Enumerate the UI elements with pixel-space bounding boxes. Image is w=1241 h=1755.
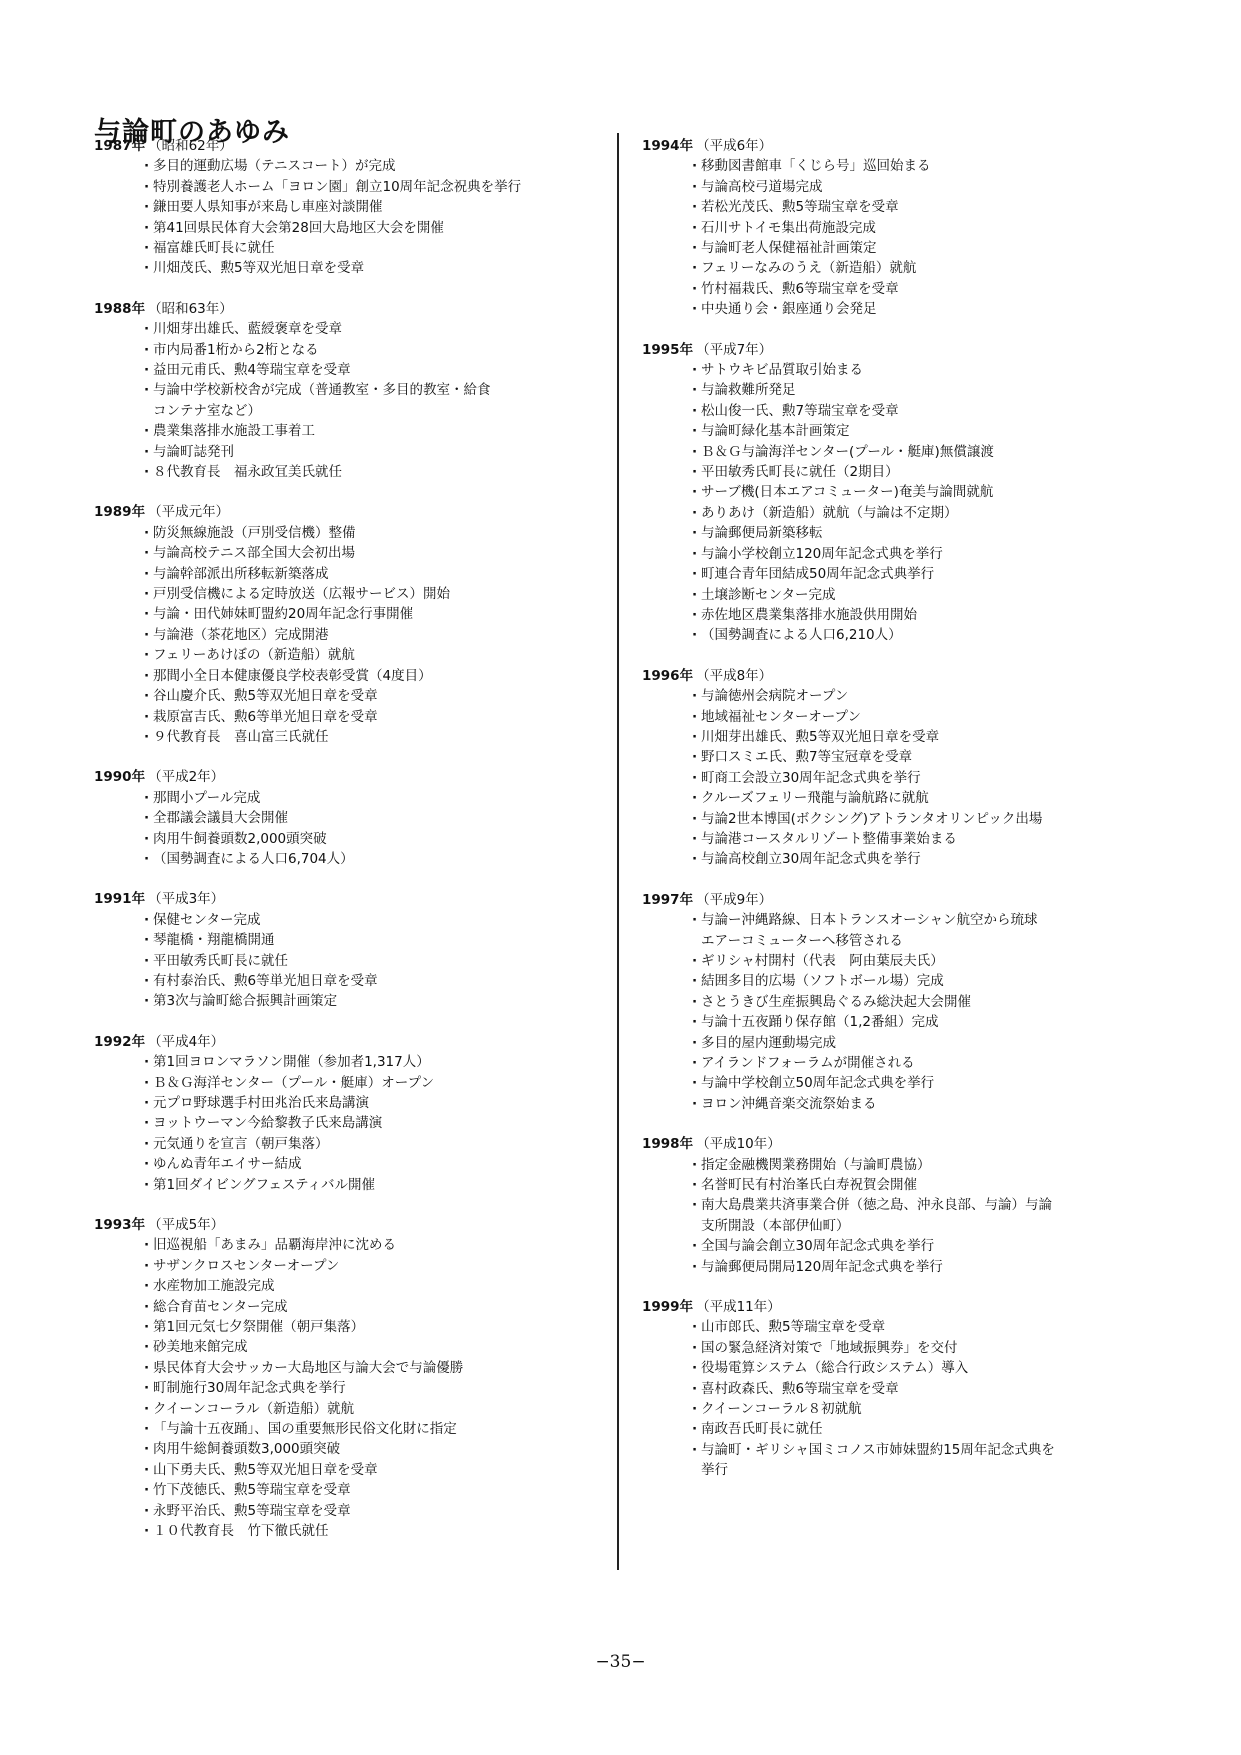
event-item: 南大島農業共済事業合併（徳之島、沖永良部、与論）与論 支所開設（本部伊仙町） [692,1195,1162,1236]
event-item: 与論港コースタルリゾート整備事業始まる [692,829,1162,849]
event-item: 野口スミエ氏、勲7等宝冠章を受章 [692,747,1162,767]
era-label: （平成9年） [696,892,772,908]
year-label: 1999年 [642,1299,693,1315]
event-item: 川畑芽出雄氏、藍綬褒章を受章 [144,319,614,339]
year-heading: 1998年（平成10年） [642,1134,1162,1154]
event-list: 山市郎氏、勲5等瑞宝章を受章国の緊急経済対策で「地域振興券」を交付役場電算システ… [642,1317,1162,1480]
year-block: 1992年（平成4年） 第1回ヨロンマラソン開催（参加者1,317人）Ｂ＆Ｇ海洋… [94,1032,614,1195]
event-item: 琴龍橋・翔龍橋開通 [144,930,614,950]
event-item: 市内局番1桁から2桁となる [144,340,614,360]
event-item: 農業集落排水施設工事着工 [144,421,614,441]
event-item: 国の緊急経済対策で「地域振興券」を交付 [692,1338,1162,1358]
year-block: 1997年（平成9年） 与論ー沖縄路線、日本トランスオーシャン航空から琉球 エア… [642,890,1162,1114]
era-label: （平成11年） [696,1299,781,1315]
event-list: サトウキビ品質取引始まる与論救難所発足松山俊一氏、勲7等瑞宝章を受章与論町緑化基… [642,360,1162,646]
year-heading: 1995年（平成7年） [642,340,1162,360]
era-label: （平成8年） [696,668,772,684]
year-block: 1994年（平成6年） 移動図書館車「くじら号」巡回始まる与論高校弓道場完成若松… [642,136,1162,320]
era-label: （平成6年） [696,138,772,154]
year-label: 1989年 [94,504,145,520]
event-item: 防災無線施設（戸別受信機）整備 [144,523,614,543]
event-item: 益田元甫氏、勲4等瑞宝章を受章 [144,360,614,380]
event-item: 保健センター完成 [144,910,614,930]
year-heading: 1990年（平成2年） [94,767,614,787]
year-heading: 1996年（平成8年） [642,666,1162,686]
year-label: 1998年 [642,1136,693,1152]
event-item: 移動図書館車「くじら号」巡回始まる [692,156,1162,176]
event-item: サトウキビ品質取引始まる [692,360,1162,380]
event-item: 栽原富吉氏、勲6等単光旭日章を受章 [144,707,614,727]
event-item: 与論徳州会病院オープン [692,686,1162,706]
event-item: 肉用牛飼養頭数2,000頭突破 [144,829,614,849]
event-item: 第1回ダイビングフェスティバル開催 [144,1175,614,1195]
column-divider [617,133,619,1570]
year-label: 1988年 [94,301,145,317]
event-item: Ｂ＆Ｇ海洋センター（プール・艇庫）オープン [144,1073,614,1093]
era-label: （平成4年） [148,1034,224,1050]
event-item: 平田敏秀氏町長に就任 [144,951,614,971]
event-item: 町商工会設立30周年記念式典を挙行 [692,768,1162,788]
event-item: 与論救難所発足 [692,380,1162,400]
event-item: 与論ー沖縄路線、日本トランスオーシャン航空から琉球 エアーコミューターへ移管され… [692,910,1162,951]
event-item: ありあけ（新造船）就航（与論は不定期） [692,503,1162,523]
event-item: 元プロ野球選手村田兆治氏来島講演 [144,1093,614,1113]
event-item: 山下勇夫氏、勲5等双光旭日章を受章 [144,1460,614,1480]
event-list: 川畑芽出雄氏、藍綬褒章を受章市内局番1桁から2桁となる益田元甫氏、勲4等瑞宝章を… [94,319,614,482]
event-item: 多目的屋内運動場完成 [692,1033,1162,1053]
event-item: 全郡議会議員大会開催 [144,808,614,828]
year-block: 1987年（昭和62年） 多目的運動広場（テニスコート）が完成特別養護老人ホーム… [94,136,614,279]
event-item: ヨットウーマン今給黎教子氏来島講演 [144,1113,614,1133]
event-item: 与論町誌発刊 [144,442,614,462]
event-item: 全国与論会創立30周年記念式典を挙行 [692,1236,1162,1256]
event-item: 旧巡視船「あまみ」品覇海岸沖に沈める [144,1235,614,1255]
year-heading: 1988年（昭和63年） [94,299,614,319]
event-item: ８代教育長 福永政冝美氏就任 [144,462,614,482]
event-item: 第1回ヨロンマラソン開催（参加者1,317人） [144,1052,614,1072]
event-item: 松山俊一氏、勲7等瑞宝章を受章 [692,401,1162,421]
event-list: 防災無線施設（戸別受信機）整備与論高校テニス部全国大会初出場与論幹部派出所移転新… [94,523,614,747]
year-heading: 1989年（平成元年） [94,502,614,522]
event-item: 総合育苗センター完成 [144,1297,614,1317]
year-block: 1991年（平成3年） 保健センター完成琴龍橋・翔龍橋開通平田敏秀氏町長に就任有… [94,889,614,1011]
event-list: 第1回ヨロンマラソン開催（参加者1,317人）Ｂ＆Ｇ海洋センター（プール・艇庫）… [94,1052,614,1195]
year-label: 1993年 [94,1217,145,1233]
event-list: 多目的運動広場（テニスコート）が完成特別養護老人ホーム「ヨロン園」創立10周年記… [94,156,614,278]
event-item: クルーズフェリー飛龍与論航路に就航 [692,788,1162,808]
event-item: 町連合青年団結成50周年記念式典挙行 [692,564,1162,584]
year-block: 1993年（平成5年） 旧巡視船「あまみ」品覇海岸沖に沈めるサザンクロスセンター… [94,1215,614,1541]
event-item: 与論中学校創立50周年記念式典を挙行 [692,1073,1162,1093]
era-label: （平成7年） [696,342,772,358]
event-item: サザンクロスセンターオープン [144,1256,614,1276]
event-item: 永野平治氏、勲5等瑞宝章を受章 [144,1501,614,1521]
event-item: 与論小学校創立120周年記念式典を挙行 [692,544,1162,564]
event-item: 与論・田代姉妹町盟約20周年記念行事開催 [144,604,614,624]
left-column: 1987年（昭和62年） 多目的運動広場（テニスコート）が完成特別養護老人ホーム… [94,136,614,1561]
event-item: １０代教育長 竹下徹氏就任 [144,1521,614,1541]
event-item: 赤佐地区農業集落排水施設供用開始 [692,605,1162,625]
event-item: 与論町・ギリシャ国ミコノス市姉妹盟約15周年記念式典を 挙行 [692,1440,1162,1481]
event-item: 平田敏秀氏町長に就任（2期目） [692,462,1162,482]
year-label: 1992年 [94,1034,145,1050]
era-label: （平成5年） [148,1217,224,1233]
event-item: 与論2世本博国(ボクシング)アトランタオリンピック出場 [692,809,1162,829]
event-item: フェリーなみのうえ（新造船）就航 [692,258,1162,278]
event-list: 旧巡視船「あまみ」品覇海岸沖に沈めるサザンクロスセンターオープン水産物加工施設完… [94,1235,614,1541]
event-item: 指定金融機関業務開始（与論町農協） [692,1155,1162,1175]
era-label: （昭和62年） [148,138,233,154]
year-block: 1989年（平成元年） 防災無線施設（戸別受信機）整備与論高校テニス部全国大会初… [94,502,614,747]
event-item: 名誉町民有村治峯氏白寿祝賀会開催 [692,1175,1162,1195]
event-item: 多目的運動広場（テニスコート）が完成 [144,156,614,176]
event-item: 与論郵便局新築移転 [692,523,1162,543]
event-item: 県民体育大会サッカー大島地区与論大会で与論優勝 [144,1358,614,1378]
event-item: 川畑茂氏、勲5等双光旭日章を受章 [144,258,614,278]
event-item: 与論町老人保健福祉計画策定 [692,238,1162,258]
event-item: ９代教育長 喜山富三氏就任 [144,727,614,747]
event-item: 喜村政森氏、勲6等瑞宝章を受章 [692,1379,1162,1399]
year-label: 1987年 [94,138,145,154]
event-item: 南政吾氏町長に就任 [692,1419,1162,1439]
year-heading: 1993年（平成5年） [94,1215,614,1235]
year-label: 1994年 [642,138,693,154]
event-item: 水産物加工施設完成 [144,1276,614,1296]
event-item: さとうきび生産振興島ぐるみ総決起大会開催 [692,992,1162,1012]
event-item: 竹下茂徳氏、勲5等瑞宝章を受章 [144,1480,614,1500]
event-item: 与論高校弓道場完成 [692,177,1162,197]
event-item: 谷山慶介氏、勲5等双光旭日章を受章 [144,686,614,706]
event-item: フェリーあけぼの（新造船）就航 [144,645,614,665]
year-block: 1999年（平成11年） 山市郎氏、勲5等瑞宝章を受章国の緊急経済対策で「地域振… [642,1297,1162,1481]
year-label: 1990年 [94,769,145,785]
event-item: ギリシャ村開村（代表 阿由葉辰夫氏） [692,951,1162,971]
event-item: 第3次与論町総合振興計画策定 [144,991,614,1011]
event-item: 特別養護老人ホーム「ヨロン園」創立10周年記念祝典を挙行 [144,177,614,197]
year-heading: 1999年（平成11年） [642,1297,1162,1317]
year-heading: 1987年（昭和62年） [94,136,614,156]
event-item: 町制施行30周年記念式典を挙行 [144,1378,614,1398]
event-item: 土壌診断センター完成 [692,585,1162,605]
event-item: 元気通りを宣言（朝戸集落） [144,1134,614,1154]
era-label: （平成2年） [148,769,224,785]
year-heading: 1991年（平成3年） [94,889,614,909]
year-block: 1996年（平成8年） 与論徳州会病院オープン地域福祉センターオープン川畑芽出雄… [642,666,1162,870]
era-label: （平成3年） [148,891,224,907]
era-label: （昭和63年） [148,301,233,317]
event-item: 那間小プール完成 [144,788,614,808]
year-heading: 1994年（平成6年） [642,136,1162,156]
event-item: 第41回県民体育大会第28回大島地区大会を開催 [144,218,614,238]
event-item: 第1回元気七夕祭開催（朝戸集落） [144,1317,614,1337]
year-block: 1995年（平成7年） サトウキビ品質取引始まる与論救難所発足松山俊一氏、勲7等… [642,340,1162,646]
event-item: 戸別受信機による定時放送（広報サービス）開始 [144,584,614,604]
year-heading: 1992年（平成4年） [94,1032,614,1052]
event-item: 山市郎氏、勲5等瑞宝章を受章 [692,1317,1162,1337]
event-item: クイーンコーラル（新造船）就航 [144,1399,614,1419]
event-item: 与論郵便局開局120周年記念式典を挙行 [692,1257,1162,1277]
event-list: 保健センター完成琴龍橋・翔龍橋開通平田敏秀氏町長に就任有村泰治氏、勲6等単光旭日… [94,910,614,1012]
year-heading: 1997年（平成9年） [642,890,1162,910]
event-item: 与論幹部派出所移転新築落成 [144,564,614,584]
event-item: 竹村福栽氏、勲6等瑞宝章を受章 [692,279,1162,299]
event-item: 与論高校テニス部全国大会初出場 [144,543,614,563]
event-item: 中央通り会・銀座通り会発足 [692,299,1162,319]
year-label: 1995年 [642,342,693,358]
event-item: 若松光茂氏、勲5等瑞宝章を受章 [692,197,1162,217]
event-list: 移動図書館車「くじら号」巡回始まる与論高校弓道場完成若松光茂氏、勲5等瑞宝章を受… [642,156,1162,319]
event-item: （国勢調査による人口6,704人） [144,849,614,869]
event-item: 福富雄氏町長に就任 [144,238,614,258]
event-item: 砂美地来館完成 [144,1337,614,1357]
event-item: 肉用牛総飼養頭数3,000頭突破 [144,1439,614,1459]
event-item: 与論高校創立30周年記念式典を挙行 [692,849,1162,869]
year-block: 1988年（昭和63年） 川畑芽出雄氏、藍綬褒章を受章市内局番1桁から2桁となる… [94,299,614,483]
event-item: 那間小全日本健康優良学校表彰受賞（4度目） [144,666,614,686]
right-column: 1994年（平成6年） 移動図書館車「くじら号」巡回始まる与論高校弓道場完成若松… [642,136,1162,1501]
year-label: 1997年 [642,892,693,908]
event-item: 有村泰治氏、勲6等単光旭日章を受章 [144,971,614,991]
event-item: 役場電算システム（総合行政システム）導入 [692,1358,1162,1378]
event-item: 結囲多目的広場（ソフトボール場）完成 [692,971,1162,991]
event-item: 与論中学校新校舎が完成（普通教室・多目的教室・給食 コンテナ室など） [144,380,614,421]
year-block: 1990年（平成2年） 那間小プール完成全郡議会議員大会開催肉用牛飼養頭数2,0… [94,767,614,869]
event-item: クイーンコーラル８初就航 [692,1399,1162,1419]
year-label: 1996年 [642,668,693,684]
event-item: 与論港（茶花地区）完成開港 [144,625,614,645]
event-item: 与論町緑化基本計画策定 [692,421,1162,441]
year-block: 1998年（平成10年） 指定金融機関業務開始（与論町農協）名誉町民有村治峯氏白… [642,1134,1162,1277]
event-item: ゆんぬ青年エイサー結成 [144,1154,614,1174]
event-item: ヨロン沖縄音楽交流祭始まる [692,1094,1162,1114]
event-item: 与論十五夜踊り保存館（1,2番組）完成 [692,1012,1162,1032]
event-item: アイランドフォーラムが開催される [692,1053,1162,1073]
event-list: 与論ー沖縄路線、日本トランスオーシャン航空から琉球 エアーコミューターへ移管され… [642,910,1162,1114]
event-item: 川畑芽出雄氏、勲5等双光旭日章を受章 [692,727,1162,747]
event-list: 指定金融機関業務開始（与論町農協）名誉町民有村治峯氏白寿祝賀会開催南大島農業共済… [642,1155,1162,1277]
event-item: サーブ機(日本エアコミューター)奄美与論間就航 [692,482,1162,502]
era-label: （平成10年） [696,1136,781,1152]
event-item: （国勢調査による人口6,210人） [692,625,1162,645]
era-label: （平成元年） [148,504,229,520]
page-number: −35− [0,1652,1241,1672]
event-list: 与論徳州会病院オープン地域福祉センターオープン川畑芽出雄氏、勲5等双光旭日章を受… [642,686,1162,870]
event-item: Ｂ＆Ｇ与論海洋センター(プール・艇庫)無償譲渡 [692,442,1162,462]
event-list: 那間小プール完成全郡議会議員大会開催肉用牛飼養頭数2,000頭突破（国勢調査によ… [94,788,614,870]
event-item: 「与論十五夜踊」、国の重要無形民俗文化財に指定 [144,1419,614,1439]
event-item: 石川サトイモ集出荷施設完成 [692,218,1162,238]
event-item: 鎌田要人県知事が来島し車座対談開催 [144,197,614,217]
year-label: 1991年 [94,891,145,907]
event-item: 地域福祉センターオープン [692,707,1162,727]
